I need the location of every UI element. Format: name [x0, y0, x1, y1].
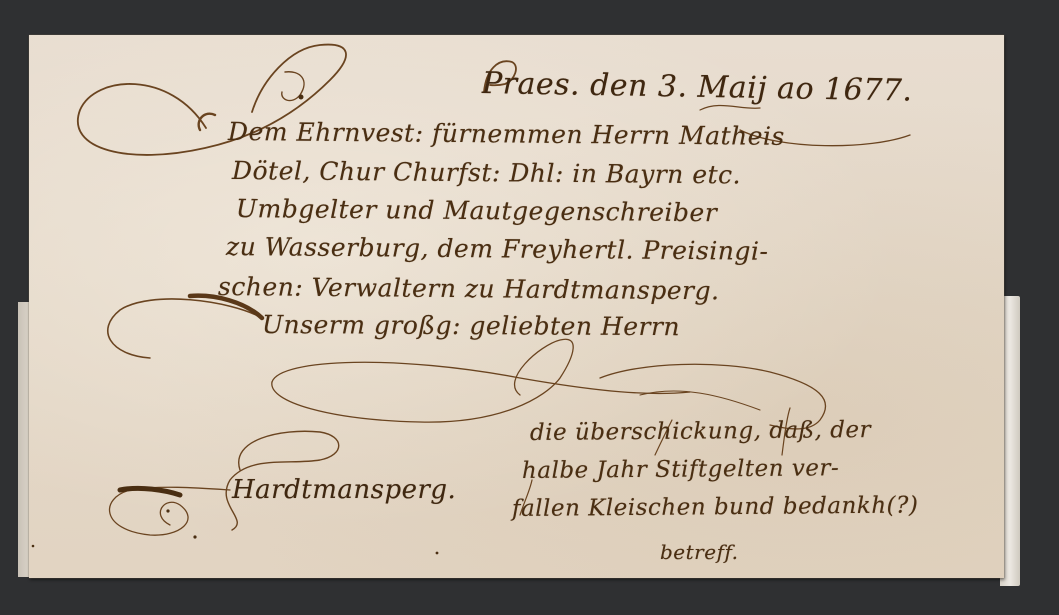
address-line-3: Umbgelter und Mautgegenschreiber [236, 194, 717, 227]
subject-note-line-3: fallen Kleischen bund bedankh(?) [512, 492, 919, 522]
receipt-date-note: Praes. den 3. Maij ao 1677. [482, 66, 913, 109]
address-line-6: Unserm großg: geliebten Herrn [262, 310, 680, 341]
address-line-4: zu Wasserburg, dem Freyhertl. Preisingi- [226, 232, 769, 266]
subject-note-line-2: halbe Jahr Stiftgelten ver- [522, 455, 839, 484]
address-line-2: Dötel, Chur Churfst: Dhl: in Bayrn etc. [232, 156, 741, 189]
address-line-5: schen: Verwaltern zu Hardtmansperg. [218, 272, 720, 305]
subject-note-line-1: die überschickung, daß, der [530, 417, 871, 446]
address-line-1: Dem Ehrnvest: fürnemmen Herrn Matheis [228, 117, 785, 151]
subject-note-line-4: betreff. [660, 540, 739, 564]
place-name: Hardtmansperg. [232, 475, 456, 505]
